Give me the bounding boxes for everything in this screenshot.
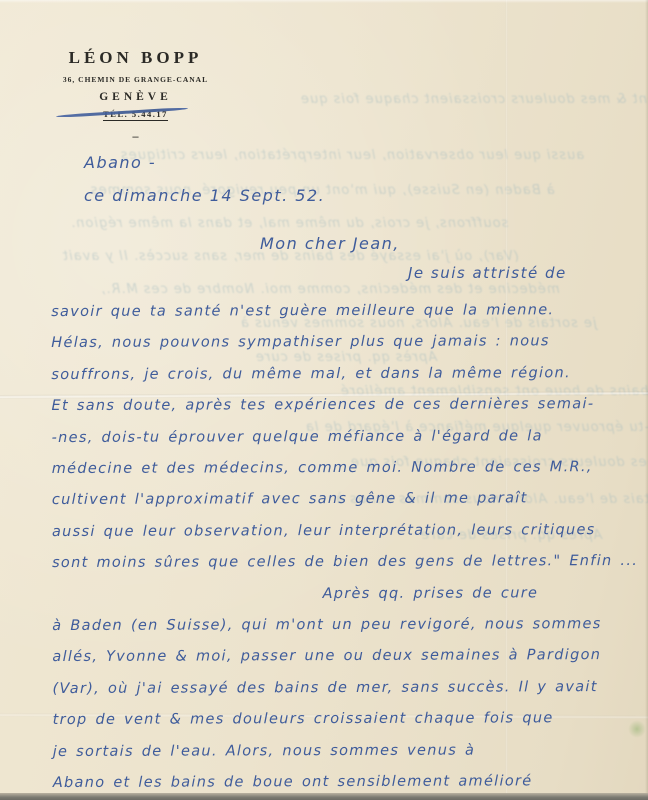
green-stain	[628, 720, 646, 738]
handwritten-line: cultivent l'approximatif avec sans gêne …	[52, 483, 628, 516]
handwritten-line: souffrons, je crois, du même mal, et dan…	[51, 358, 627, 391]
letterhead-separator: –	[53, 129, 218, 144]
handwritten-line: je sortais de l'eau. Alors, nous sommes …	[53, 735, 629, 768]
handwritten-line: aussi que leur observation, leur interpr…	[52, 515, 628, 548]
handwritten-line: savoir que ta santé n'est guère meilleur…	[51, 295, 627, 328]
letter-page: trop de vent & mes douleurs croissaient …	[0, 0, 648, 800]
verso-text-line: trop de vent & mes douleurs croissaient …	[300, 92, 648, 107]
dateline: Abano - ce dimanche 14 Sept. 52.	[84, 146, 325, 212]
salutation: Mon cher Jean,	[260, 234, 400, 253]
letter-body: savoir que ta santé n'est guère meilleur…	[51, 295, 629, 800]
verso-text-line: souffrons, je crois, du même mal, et dan…	[70, 216, 508, 231]
handwritten-line: trop de vent & mes douleurs croissaient …	[53, 703, 629, 736]
handwritten-line: Abano et les bains de boue ont sensiblem…	[53, 766, 629, 799]
handwritten-line: Après qq. prises de cure	[52, 578, 628, 611]
place-line: Abano -	[84, 146, 325, 179]
handwritten-line: (Var), où j'ai essayé des bains de mer, …	[52, 672, 628, 705]
handwritten-line: -nes, dois-tu éprouver quelque méfiance …	[52, 421, 628, 454]
letterhead-address: 36, CHEMIN DE GRANGE-CANAL	[53, 75, 218, 84]
opening-line: Je suis attristé de	[408, 264, 567, 282]
handwritten-line: à Baden (en Suisse), qui m'ont un peu re…	[52, 609, 628, 642]
handwritten-line: allés, Yvonne & moi, passer une ou deux …	[52, 640, 628, 673]
date-line: ce dimanche 14 Sept. 52.	[84, 179, 325, 212]
paper-edge-top	[0, 0, 648, 3]
handwritten-line: Hélas, nous pouvons sympathiser plus que…	[51, 326, 627, 359]
letterhead-name: LÉON BOPP	[53, 48, 218, 68]
letterhead: LÉON BOPP 36, CHEMIN DE GRANGE-CANAL GEN…	[53, 48, 218, 144]
handwritten-line: Et sans doute, après tes expériences de …	[51, 389, 627, 422]
handwritten-line: médecine et des médecins, comme moi. Nom…	[52, 452, 628, 485]
handwritten-line: sont moins sûres que celles de bien des …	[52, 546, 628, 579]
letterhead-city: GENÈVE	[53, 91, 218, 103]
